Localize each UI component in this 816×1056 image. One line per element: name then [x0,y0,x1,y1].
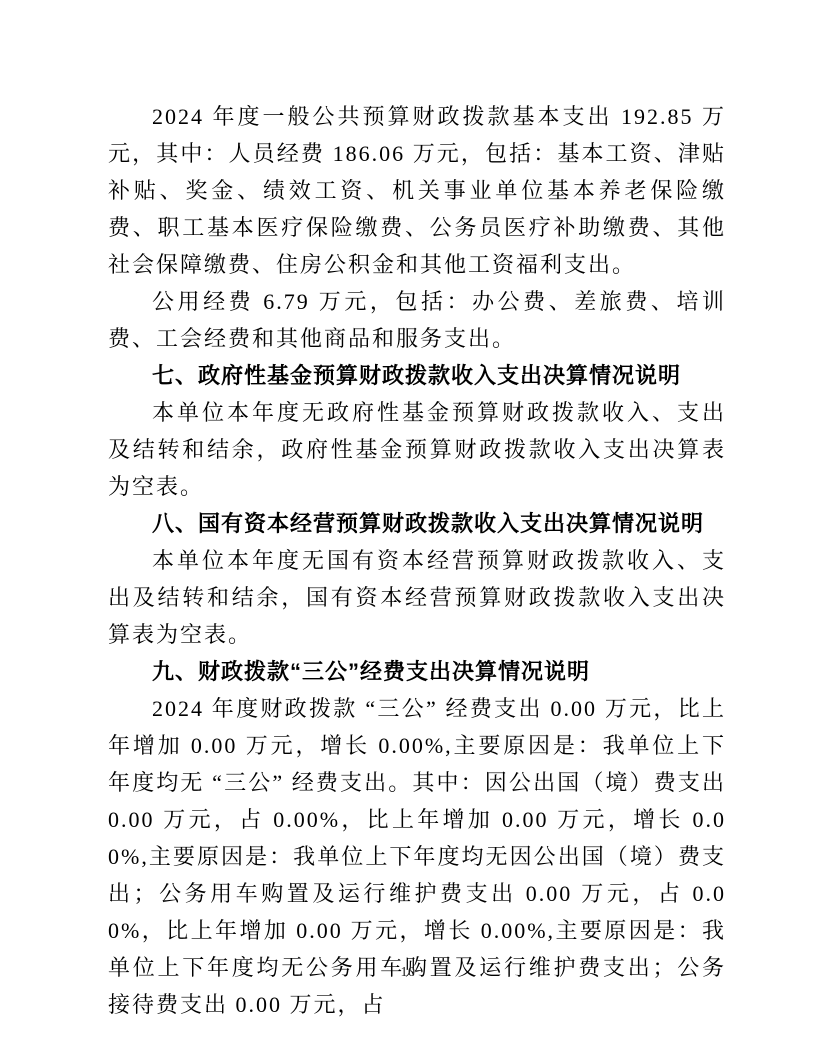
heading-section-7-government-fund-budget: 七、政府性基金预算财政拨款收入支出决算情况说明 [108,357,726,394]
heading-section-8-state-capital-budget: 八、国有资本经营预算财政拨款收入支出决算情况说明 [108,505,726,542]
document-page: 2024 年度一般公共预算财政拨款基本支出 192.85 万元，其中：人员经费 … [0,0,816,1056]
paragraph-section-7-government-fund-budget: 本单位本年度无政府性基金预算财政拨款收入、支出及结转和结余，政府性基金预算财政拨… [108,394,726,505]
document-body: 2024 年度一般公共预算财政拨款基本支出 192.85 万元，其中：人员经费 … [108,98,726,1023]
heading-section-9-three-public-expenses: 九、财政拨款“三公”经费支出决算情况说明 [108,653,726,690]
page-number: 10 [401,965,416,980]
paragraph-section-8-state-capital-budget: 本单位本年度无国有资本经营预算财政拨款收入、支出及结转和结余，国有资本经营预算财… [108,542,726,653]
paragraph-public-expense: 公用经费 6.79 万元，包括：办公费、差旅费、培训费、工会经费和其他商品和服务… [108,283,726,357]
paragraph-general-budget-basic-expenditure: 2024 年度一般公共预算财政拨款基本支出 192.85 万元，其中：人员经费 … [108,98,726,283]
page-footer: 10 [0,963,816,981]
